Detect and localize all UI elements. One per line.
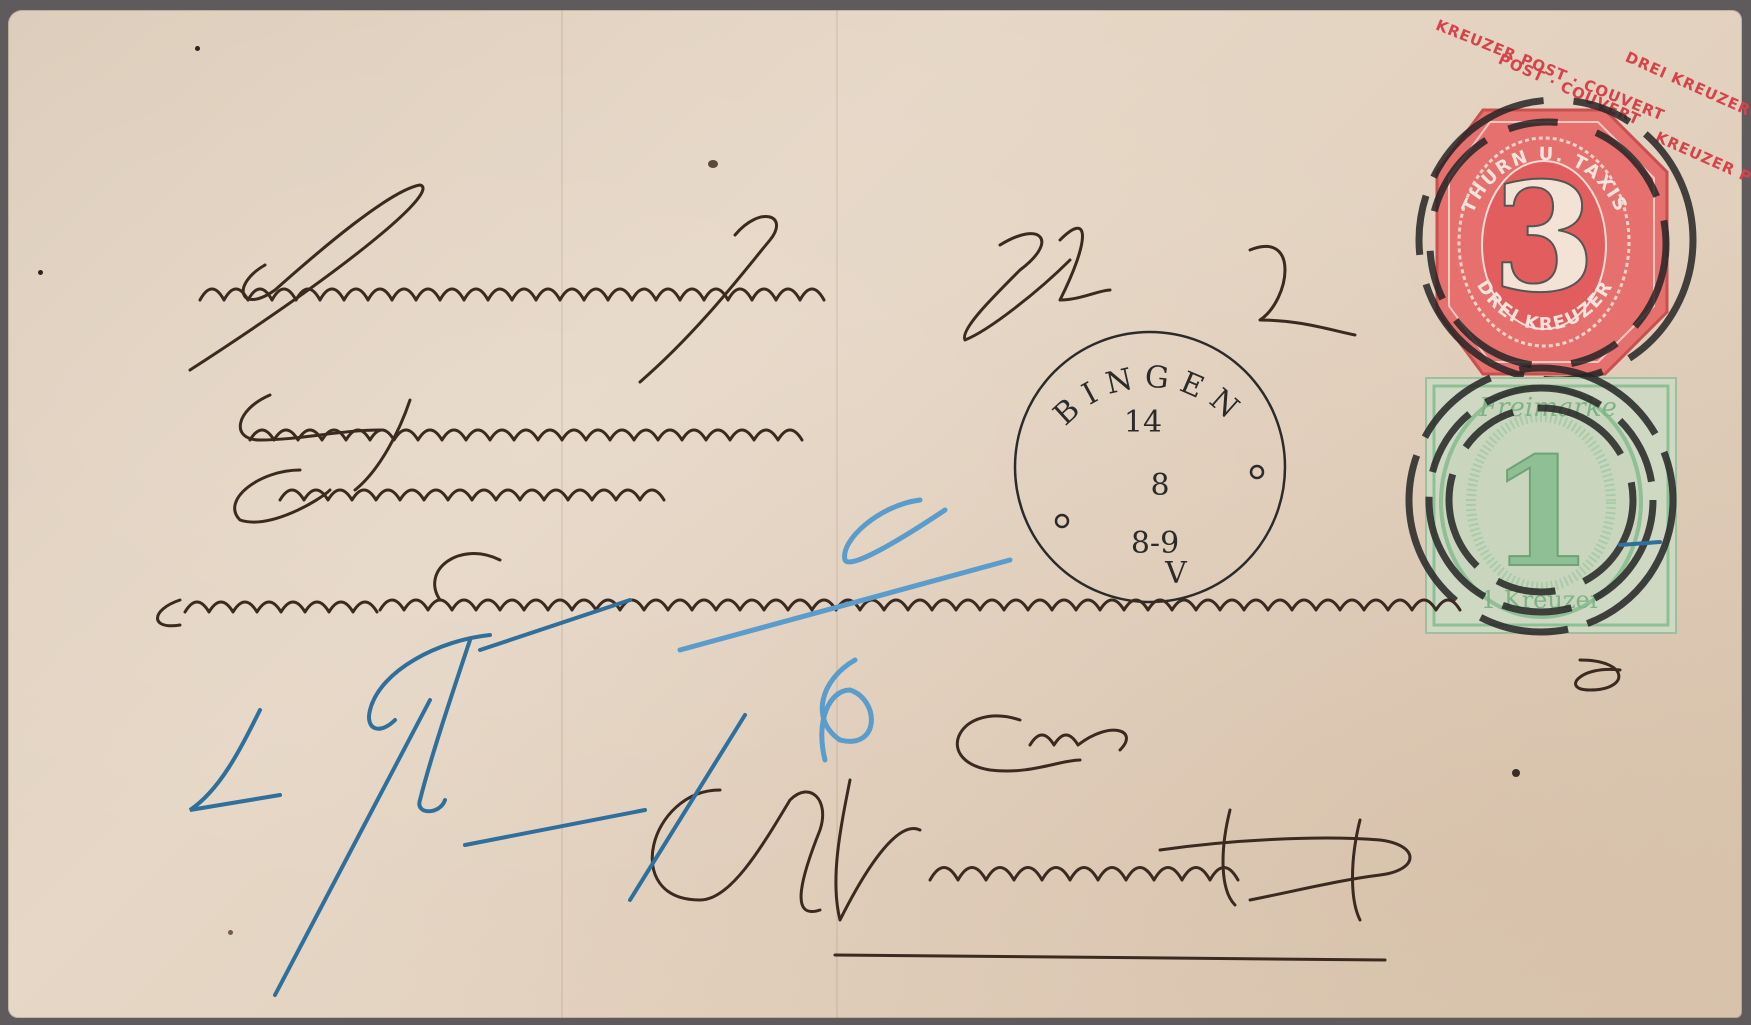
postmark-day: 14 <box>1124 405 1162 440</box>
address-underline <box>835 955 1385 960</box>
stamp-1-kreuzer: 1 Freimarke 1 Kreuzer <box>1409 368 1676 633</box>
stamp-3-kreuzer: 3 THURN U. TAXIS DREI KREUZER <box>1419 100 1693 380</box>
postmark-bingen: BINGEN 14 8 8-9 V <box>1015 332 1285 602</box>
blue-notations <box>190 500 1010 995</box>
stamp-1-numeral: 1 <box>1489 425 1593 601</box>
artwork-layer: 3 THURN U. TAXIS DREI KREUZER 1 Freimark… <box>0 0 1751 1025</box>
postmark-time-suffix: V <box>1164 556 1188 591</box>
postmark-month: 8 <box>1150 468 1169 503</box>
handwritten-address <box>158 185 1621 960</box>
